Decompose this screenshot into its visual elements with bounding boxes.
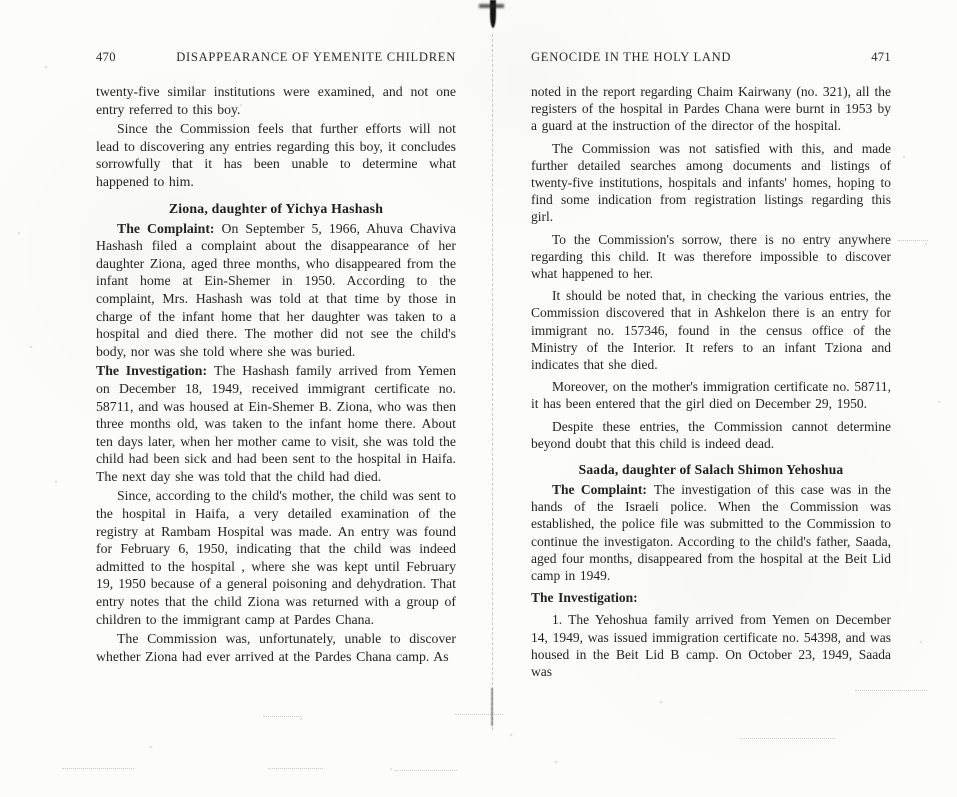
paragraph-lead: The Complaint: [552,482,654,497]
paragraph: Since the Commission feels that further … [96,120,456,190]
paragraph: Moreover, on the mother's immigration ce… [531,378,891,412]
paragraph-text: The Investigation: [531,590,638,605]
section-label: The Investigation: [531,589,891,606]
right-page-number: 471 [871,50,891,65]
paragraph: twenty-five similar institutions were ex… [96,83,456,118]
scan-artifact [740,738,835,739]
left-page-number: 470 [96,50,116,65]
paragraph: noted in the report regarding Chaim Kair… [531,83,891,135]
paragraph-text: The Commission was, unfortunately, unabl… [96,631,456,664]
scan-artifact [268,768,323,769]
paragraph: To the Commission's sorrow, there is no … [531,231,891,283]
left-running-title: DISAPPEARANCE OF YEMENITE CHILDREN [176,50,456,65]
paragraph: It should be noted that, in checking the… [531,287,891,373]
paragraph-text: Since the Commission feels that further … [96,121,456,189]
paragraph: The Commission was not satisfied with th… [531,140,891,226]
paragraph-text: Moreover, on the mother's immigration ce… [531,379,891,411]
left-page: 470 DISAPPEARANCE OF YEMENITE CHILDREN t… [96,50,456,665]
paragraph-text: The investigation of this case was in th… [531,482,891,583]
scan-artifact [455,714,503,715]
paragraph-text: Since, according to the child's mother, … [96,488,456,626]
paragraph-text: The Commission was not satisfied with th… [531,141,891,225]
paragraph-text: On September 5, 1966, Ahuva Chaviva Hash… [96,221,456,359]
paragraph-text: 1. The Yehoshua family arrived from Yeme… [531,612,891,679]
book-spread: 470 DISAPPEARANCE OF YEMENITE CHILDREN t… [0,0,957,797]
paragraph: The Complaint:On September 5, 1966, Ahuv… [96,220,456,361]
scan-artifact [898,240,928,241]
page-fold-line [492,34,493,730]
paragraph: Since, according to the child's mother, … [96,487,456,628]
scan-artifact [263,716,301,717]
paragraph-text: Despite these entries, the Commission ca… [531,419,891,451]
right-page: GENOCIDE IN THE HOLY LAND 471 noted in t… [531,50,891,680]
case-heading: Ziona, daughter of Yichya Hashash [96,201,456,217]
scan-artifact [395,770,457,771]
right-page-body: noted in the report regarding Chaim Kair… [531,83,891,680]
fold-ink-mark-bottom [491,688,493,726]
paragraph-text: twenty-five similar institutions were ex… [96,84,456,117]
paragraph-text: The Hashash family arrived from Yemen on… [96,363,456,484]
paragraph: 1. The Yehoshua family arrived from Yeme… [531,611,891,680]
right-page-header: GENOCIDE IN THE HOLY LAND 471 [531,50,891,66]
fold-ink-smudge [479,4,504,8]
paragraph: The Complaint:The investigation of this … [531,481,891,584]
paragraph: The Commission was, unfortunately, unabl… [96,630,456,665]
paragraph-lead: The Investigation: [96,363,214,378]
paragraph-text: noted in the report regarding Chaim Kair… [531,84,891,133]
case-heading: Saada, daughter of Salach Shimon Yehoshu… [531,462,891,478]
scan-speckles [45,66,47,68]
paragraph-lead: The Complaint: [117,221,222,236]
scan-artifact [855,690,927,691]
left-page-body: twenty-five similar institutions were ex… [96,83,456,665]
paragraph: The Investigation:The Hashash family arr… [96,362,456,485]
paragraph-text: To the Commission's sorrow, there is no … [531,232,891,281]
right-running-title: GENOCIDE IN THE HOLY LAND [531,50,731,65]
paragraph: Despite these entries, the Commission ca… [531,418,891,452]
left-page-header: 470 DISAPPEARANCE OF YEMENITE CHILDREN [96,50,456,66]
paragraph-text: It should be noted that, in checking the… [531,288,891,372]
scan-artifact [62,768,134,769]
